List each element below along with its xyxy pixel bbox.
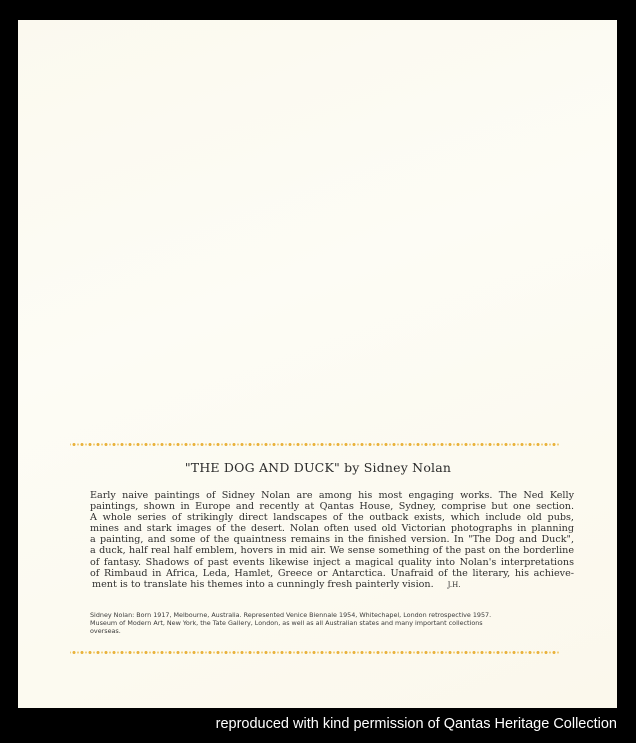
decorative-border-top xyxy=(70,441,560,448)
body-line: of fantasy. Shadows of past events likew… xyxy=(90,557,574,568)
bio-line: Museum of Modern Art, New York, the Tate… xyxy=(90,619,576,627)
body-line: a painting, and some of the quaintness r… xyxy=(90,534,574,545)
body-paragraph: Early naive paintings of Sidney Nolan ar… xyxy=(90,490,574,591)
bio-line: Sidney Nolan: Born 1917, Melbourne, Aust… xyxy=(90,611,576,619)
body-line: of Rimbaud in Africa, Leda, Hamlet, Gree… xyxy=(90,568,574,579)
permission-caption: reproduced with kind permission of Qanta… xyxy=(216,716,617,732)
body-line: Early naive paintings of Sidney Nolan ar… xyxy=(90,490,574,501)
artist-bio: Sidney Nolan: Born 1917, Melbourne, Aust… xyxy=(90,611,576,635)
body-line: ment is to translate his themes into a c… xyxy=(92,579,434,590)
signature: J.H. xyxy=(448,581,461,589)
body-line: A whole series of strikingly direct land… xyxy=(90,512,574,523)
document-title: "THE DOG AND DUCK" by Sidney Nolan xyxy=(0,460,636,475)
body-line: a duck, half real half emblem, hovers in… xyxy=(90,545,574,556)
document-page xyxy=(18,20,617,708)
body-line: paintings, shown in Europe and recently … xyxy=(90,501,574,512)
body-line: mines and stark images of the desert. No… xyxy=(90,523,574,534)
bio-line: overseas. xyxy=(90,627,576,635)
decorative-border-bottom xyxy=(70,649,560,656)
body-line-last: ment is to translate his themes into a c… xyxy=(90,579,574,591)
